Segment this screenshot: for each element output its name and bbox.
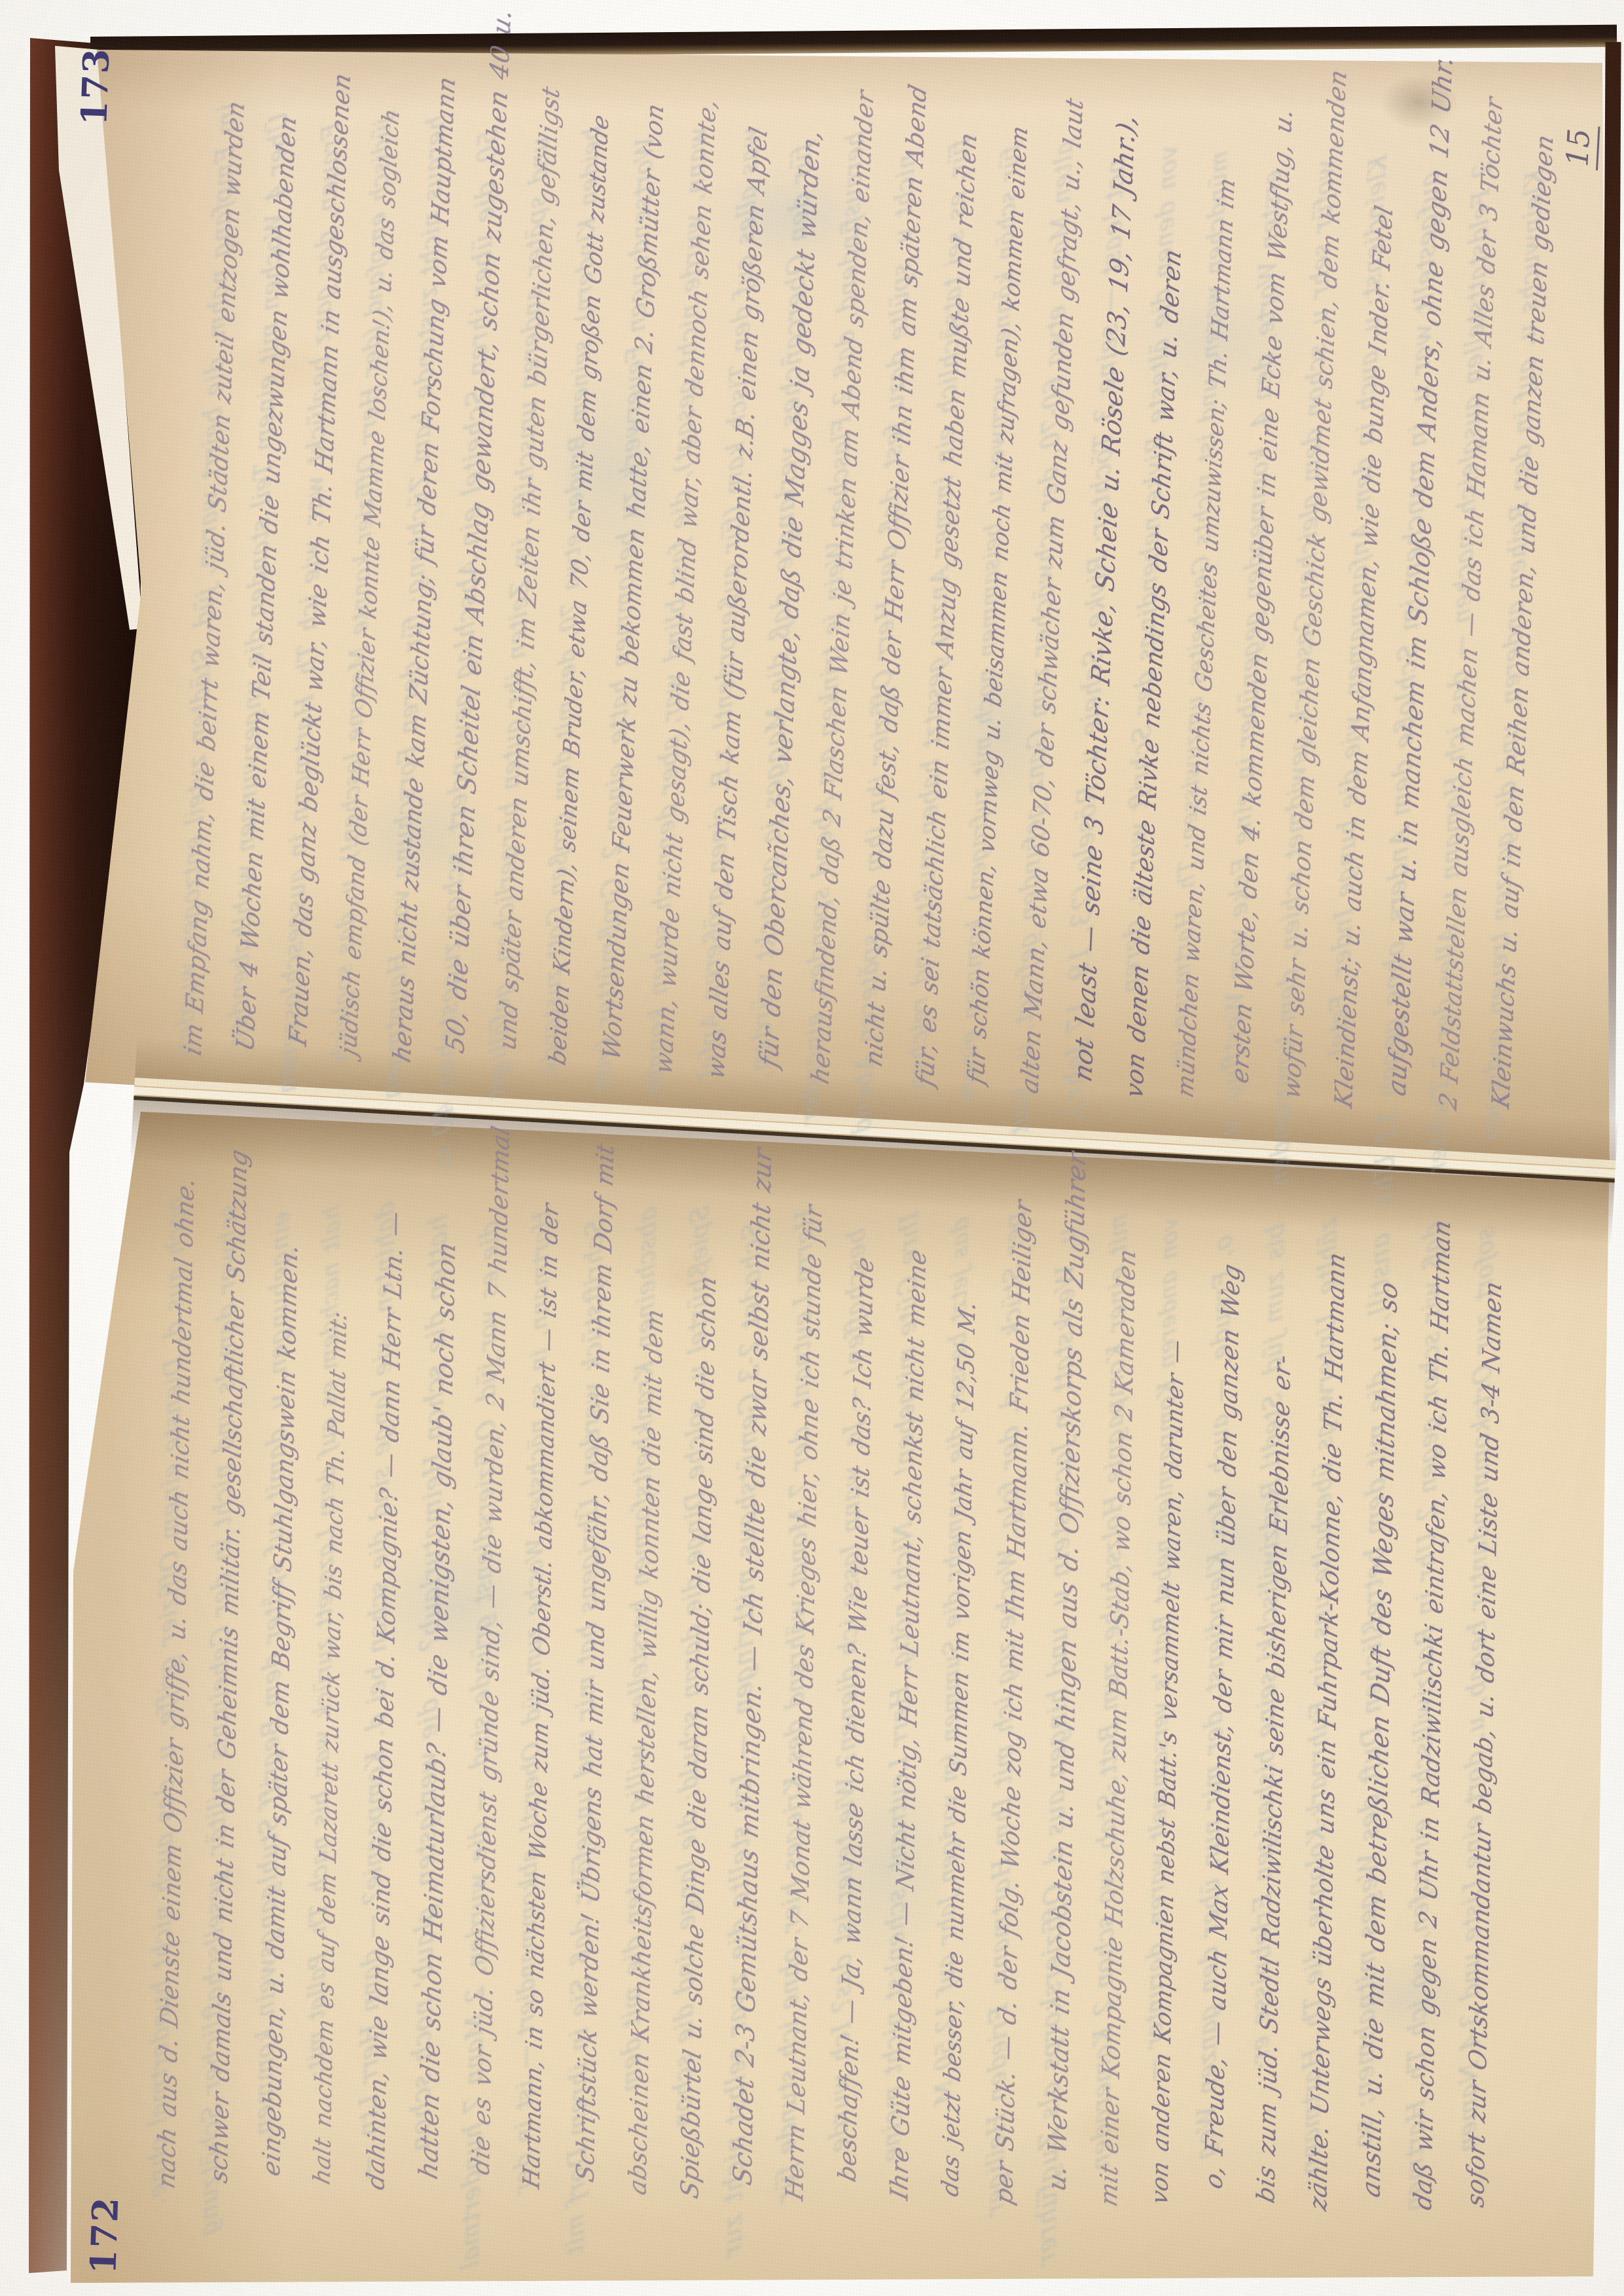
margin-mark-15: 15 <box>1559 125 1600 171</box>
scanned-notebook-spread: im Empfang nahm, die beirrt waren, jüd. … <box>0 0 1624 2296</box>
script-block: im Empfang nahm, die beirrt waren, jüd. … <box>178 82 1583 1125</box>
page-number-172: 172 <box>82 2196 126 2275</box>
page-number-173: 173 <box>73 47 117 126</box>
script-block: nach aus d. Dienste einem Offizier griff… <box>152 1175 1533 2223</box>
handwriting-page-173: im Empfang nahm, die beirrt waren, jüd. … <box>178 82 1583 1125</box>
handwriting-page-172: nach aus d. Dienste einem Offizier griff… <box>152 1175 1533 2223</box>
